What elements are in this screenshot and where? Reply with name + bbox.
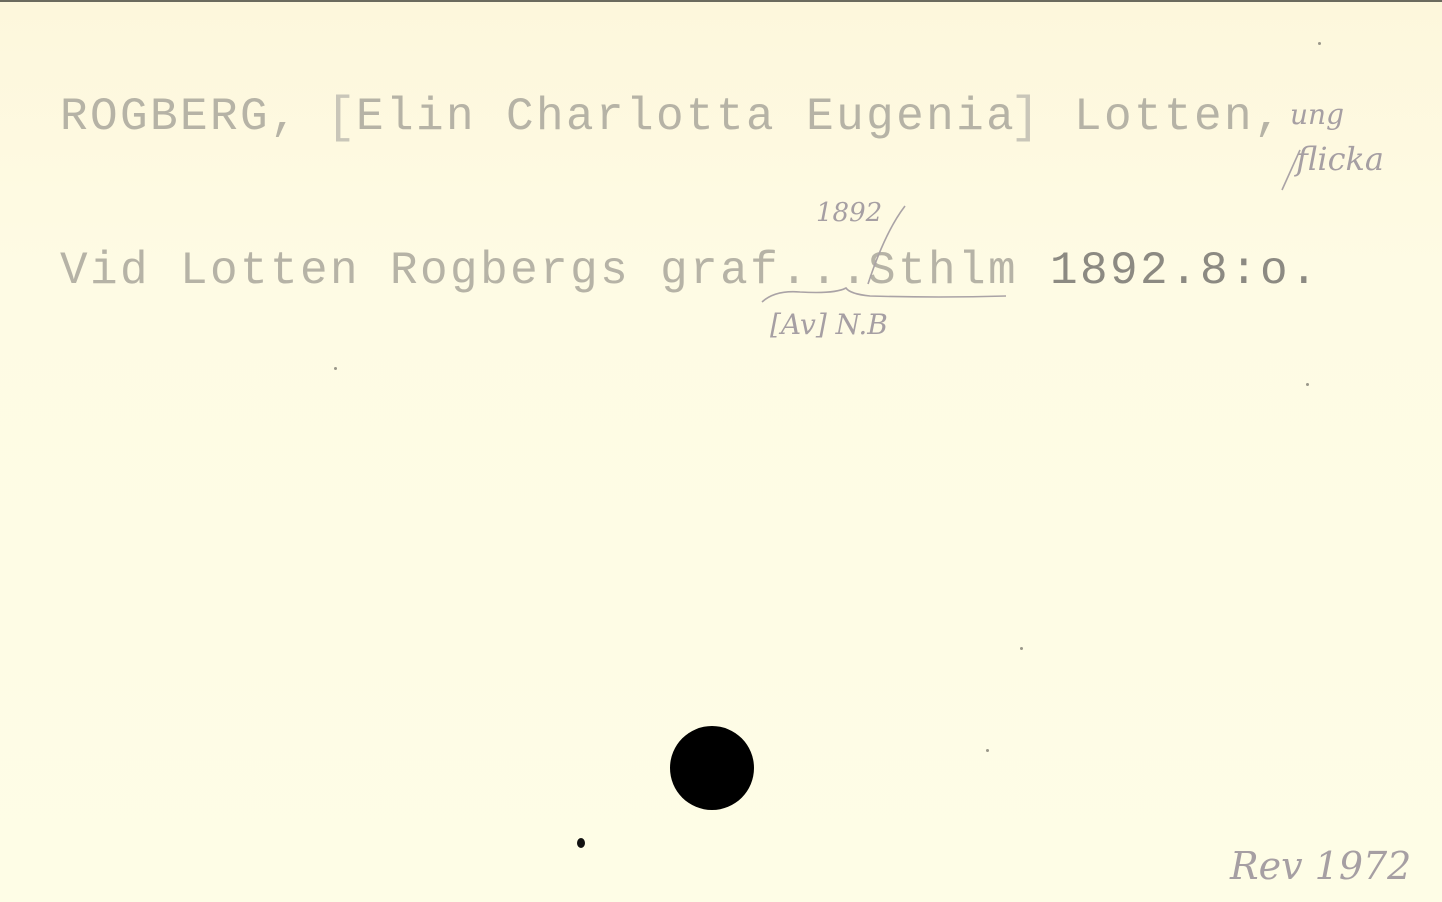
dust-dot <box>986 749 989 752</box>
dust-dot <box>1020 647 1023 650</box>
dust-dot <box>334 367 337 370</box>
dust-dot <box>1318 42 1321 45</box>
handwritten-revision-note: Rev 1972 <box>1230 844 1411 888</box>
dust-dot <box>1306 383 1309 386</box>
punch-hole <box>670 726 754 810</box>
catalog-card: ROGBERG, [ Elin Charlotta Eugenia ] Lott… <box>0 0 1442 902</box>
ink-speck <box>577 838 585 848</box>
